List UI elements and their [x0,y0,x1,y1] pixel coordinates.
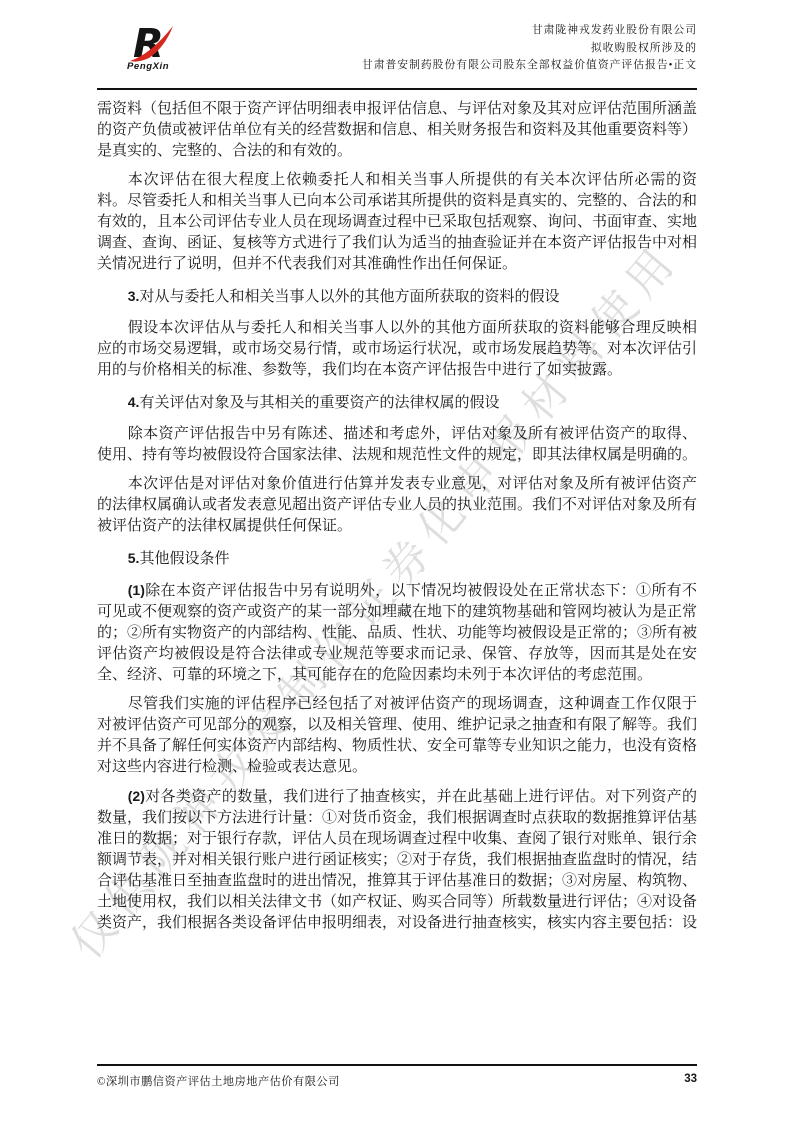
report-page: 仅供陇神戎发制作证券化申报材料使用 R PengXin 甘肃陇神戎发药业股份有限… [0,0,793,1122]
section-number: 4. [128,394,140,410]
header-divider [97,88,697,90]
paragraph-numbered-2: (2)对各类资产的数量，我们进行了抽查核实，并在此基础上进行评估。对下列资产的数… [97,786,697,934]
section-number: 5. [128,550,140,566]
paragraph-text: 对各类资产的数量，我们进行了抽查核实，并在此基础上进行评估。对下列资产的数量，我… [97,789,697,931]
pengxin-logo-text: PengXin [127,61,187,72]
header-line-report-title: 甘肃普安制药股份有限公司股东全部权益价值资产评估报告•正文 [362,57,697,75]
paragraph: 假设本次评估从与委托人和相关当事人以外的其他方面所获取的资料能够合理反映相应的市… [97,318,697,381]
page-header: R PengXin 甘肃陇神戎发药业股份有限公司 拟收购股权所涉及的 甘肃普安制… [97,20,697,86]
paragraph: 本次评估在很大程度上依赖委托人和相关当事人所提供的有关本次评估所必需的资料。尽管… [97,170,697,275]
section-number: 3. [128,288,140,304]
section-heading-5: 5.其他假设条件 [97,548,697,570]
company-logo: R PengXin [127,23,187,72]
page-footer: ©深圳市鹏信资产评估土地房地产估价有限公司 33 [97,1073,697,1089]
section-heading-text: 其他假设条件 [139,551,229,567]
header-title-block: 甘肃陇神戎发药业股份有限公司 拟收购股权所涉及的 甘肃普安制药股份有限公司股东全… [362,22,697,75]
header-line-company: 甘肃陇神戎发药业股份有限公司 [362,22,697,40]
report-body: 需资料（包括但不限于资产评估明细表申报评估信息、与评估对象及其对应评估范围所涵盖… [97,99,697,942]
paragraph: 除本资产评估报告中另有陈述、描述和考虑外，评估对象及所有被评估资产的取得、使用、… [97,424,697,466]
footer-copyright: ©深圳市鹏信资产评估土地房地产估价有限公司 [97,1073,340,1089]
paragraph: 本次评估是对评估对象价值进行估算并发表专业意见，对评估对象及所有被评估资产的法律… [97,474,697,537]
pengxin-logo-mark: R [127,23,179,63]
footer-divider [97,1064,697,1066]
paragraph-continuation: 需资料（包括但不限于资产评估明细表申报评估信息、与评估对象及其对应评估范围所涵盖… [97,99,697,162]
header-line-transaction: 拟收购股权所涉及的 [362,40,697,58]
paragraph-text: 除在本资产评估报告中另有说明外，以下情况均被假设处在正常状态下：①所有不可见或不… [97,583,697,683]
section-heading-4: 4.有关评估对象及与其相关的重要资产的法律权属的假设 [97,392,697,414]
section-heading-3: 3.对从与委托人和相关当事人以外的其他方面所获取的资料的假设 [97,286,697,308]
page-number: 33 [684,1073,697,1085]
paragraph: 尽管我们实施的评估程序已经包括了对被评估资产的现场调查，这种调查工作仅限于对被评… [97,694,697,778]
section-heading-text: 有关评估对象及与其相关的重要资产的法律权属的假设 [139,395,499,411]
item-number: (2) [128,788,145,804]
section-heading-text: 对从与委托人和相关当事人以外的其他方面所获取的资料的假设 [139,289,559,305]
paragraph-numbered-1: (1)除在本资产评估报告中另有说明外，以下情况均被假设处在正常状态下：①所有不可… [97,580,697,686]
item-number: (1) [128,582,145,598]
